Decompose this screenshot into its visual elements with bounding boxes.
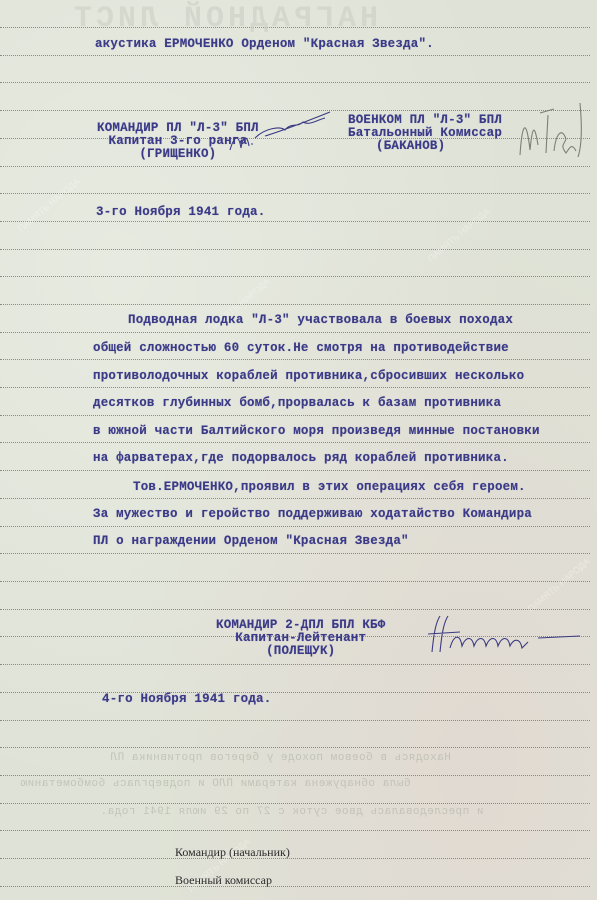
ruled-line [0,193,590,194]
bleed-through-line: и преследовалась двое суток с 27 по 29 и… [100,806,483,818]
commander-signature-icon [225,108,335,158]
commissar-signature-block: ВОЕНКОМ ПЛ "Л-3" БПЛ Батальонный Комисса… [348,114,502,153]
ruled-line [0,526,590,527]
document-page: НАГРАДНОЙ ЛИСТ Находясь в боевом походе … [0,0,597,900]
ruled-line [0,803,590,804]
ruled-line [0,775,590,776]
ruled-line [0,304,590,305]
watermark: ПАМЯТЬ НАРОДА [16,176,82,234]
ruled-line [0,359,590,360]
body-line: За мужество и геройство поддерживаю хода… [93,507,532,521]
form-label-commander: Командир (начальник) [175,845,290,860]
ruled-line [0,581,590,582]
division-commander-name: (ПОЛЕЩУК) [216,645,385,658]
watermark: ПАМЯТЬ НАРОДА [426,206,492,264]
ruled-line [0,249,590,250]
body-line: общей сложностью 60 суток.Не смотря на п… [93,341,509,355]
ruled-line [0,553,590,554]
bleed-through-heading: НАГРАДНОЙ ЛИСТ [70,2,378,36]
ruled-line [0,82,590,83]
ruled-line [0,332,590,333]
body-line: Тов.ЕРМОЧЕНКО,проявил в этих операциях с… [133,480,526,494]
division-commander-signature-icon [420,612,590,657]
ruled-line [0,830,590,831]
division-commander-signature-block: КОМАНДИР 2-ДПЛ БПЛ КБФ Капитан-Лейтенант… [216,619,385,658]
commissar-name: (БАКАНОВ) [348,140,502,153]
ruled-line [0,858,590,859]
body-line: противолодочных кораблей противника,сбро… [93,369,524,383]
body-line: в южной части Балтийского моря произведя… [93,424,540,438]
form-label-commissar: Военный комиссар [175,873,272,888]
ruled-line [0,470,590,471]
body-line: десятков глубинных бомб,прорвалась к баз… [93,396,501,410]
ruled-line [0,720,590,721]
body-line: Подводная лодка "Л-3" участвовала в боев… [128,313,513,327]
ruled-line [0,415,590,416]
ruled-line [0,221,590,222]
ruled-line [0,442,590,443]
ruled-line [0,747,590,748]
ruled-line [0,609,590,610]
ruled-line [0,276,590,277]
ruled-line [0,692,590,693]
ruled-line [0,55,590,56]
ruled-line [0,498,590,499]
date-1: 3-го Ноября 1941 года. [96,205,265,219]
body-line: ПЛ о награждении Орденом "Красная Звезда… [93,534,409,548]
ruled-line [0,166,590,167]
body-line: на фарватерах,где подорвалось ряд корабл… [93,451,509,465]
date-2: 4-го Ноября 1941 года. [102,692,271,706]
watermark: ПАМЯТЬ НАРОДА [526,556,592,614]
ruled-line [0,387,590,388]
award-recipient-line: акустика ЕРМОЧЕНКО Орденом "Красная Звез… [95,37,434,51]
bleed-through-line: была обнаружена катерами ПЛО и подвергла… [20,778,411,790]
commissar-signature-icon [510,95,590,165]
ruled-line [0,664,590,665]
bleed-through-line: Находясь в боевом походе у берегов проти… [110,752,451,764]
ruled-line [0,886,590,887]
